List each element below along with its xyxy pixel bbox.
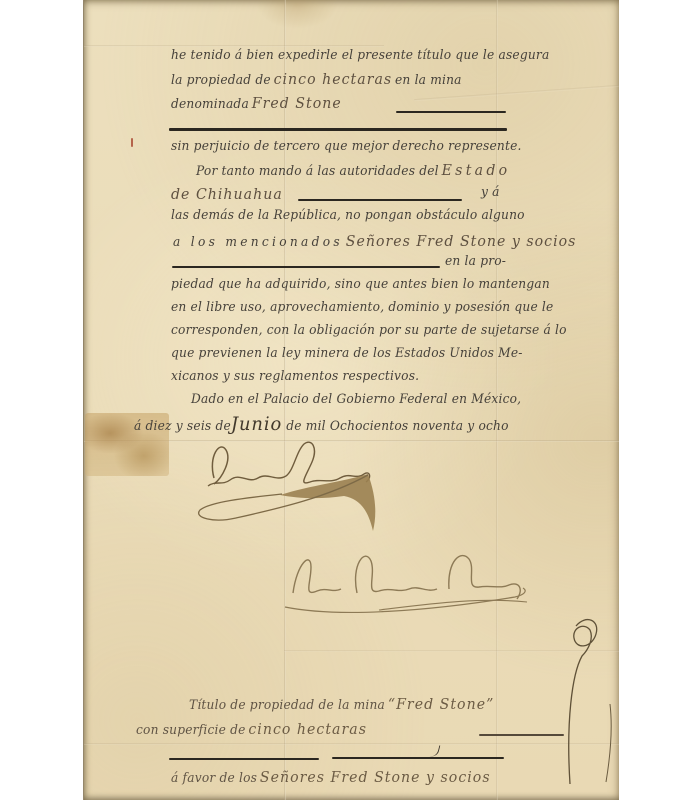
footer-mine-name: “Fred Stone” xyxy=(385,695,497,713)
footer-area: cinco hectaras xyxy=(246,720,370,738)
president-signature xyxy=(184,438,474,538)
body-line-13: que previenen la ley minera de los Estad… xyxy=(171,346,523,361)
body-line-11: en el libre uso, aprovechamiento, domini… xyxy=(171,300,553,315)
body-line-16-pre: á diez y seis de xyxy=(134,419,231,434)
top-edge-stain xyxy=(252,0,342,46)
horizontal-crease-top xyxy=(84,45,384,47)
body-line-2: la propiedad decinco hectarasen la mina xyxy=(171,70,462,88)
footer-grantees: Señores Fred Stone y socios xyxy=(257,768,493,786)
body-line-5-pre: Por tanto mando á las autoridades del xyxy=(196,164,439,179)
ruled-blank-line xyxy=(169,758,319,760)
ruled-blank-line xyxy=(169,128,507,131)
filled-in-area: cinco hectaras xyxy=(271,70,395,88)
body-line-3: denominadaFred Stone xyxy=(171,94,345,112)
paraph-flourish xyxy=(546,612,619,792)
body-line-3-pre: denominada xyxy=(171,97,249,112)
body-line-4: sin perjuicio de tercero que mejor derec… xyxy=(171,139,522,154)
body-line-14: xicanos y sus reglamentos respectivos. xyxy=(171,369,419,384)
footer-line-2-pre: con superficie de xyxy=(136,723,246,738)
body-line-8-pre: a los mencionados xyxy=(173,235,343,250)
filled-in-month: Junio xyxy=(231,413,282,435)
body-line-2-pre: la propiedad de xyxy=(171,73,271,88)
ruled-blank-line xyxy=(332,757,504,759)
filled-in-mine-name: Fred Stone xyxy=(249,94,345,112)
footer-line-3: á favor de losSeñores Fred Stone y socio… xyxy=(171,768,493,786)
body-line-9-post: en la pro- xyxy=(445,254,506,269)
scanned-document-page: { "palette": { "paper": "#ecdfbd", "ink"… xyxy=(0,0,700,800)
body-line-5: Por tanto mando á las autoridades delEst… xyxy=(196,161,513,179)
ruled-blank-line xyxy=(172,266,440,268)
ruled-dash xyxy=(479,734,564,736)
footer-line-1: Título de propiedad de la mina“Fred Ston… xyxy=(189,695,497,713)
body-line-7: las demás de la República, no pongan obs… xyxy=(171,208,525,223)
ruled-blank-line xyxy=(298,199,462,201)
body-line-6-post: y á xyxy=(481,185,500,200)
body-line-2-post: en la mina xyxy=(395,73,462,88)
body-line-8: a los mencionadosSeñores Fred Stone y so… xyxy=(173,232,579,250)
secretary-signature xyxy=(279,545,534,620)
ruled-blank-line xyxy=(396,111,506,113)
body-line-12: corresponden, con la obligación por su p… xyxy=(171,323,567,338)
footer-line-1-pre: Título de propiedad de la mina xyxy=(189,698,385,713)
pen-hook-mark xyxy=(427,743,441,758)
paper-sheet: he tenido á bien expedirle el presente t… xyxy=(83,0,619,800)
filled-in-grantees: Señores Fred Stone y socios xyxy=(343,232,579,250)
footer-line-3-pre: á favor de los xyxy=(171,771,257,786)
body-line-6: de Chihuahua xyxy=(171,185,286,203)
body-line-10: piedad que ha adquirido, sino que antes … xyxy=(171,277,550,292)
body-line-16: á diez y seis deJunio de mil Ochocientos… xyxy=(134,413,509,435)
filled-in-state-name: de Chihuahua xyxy=(171,185,286,203)
body-line-16-post: de mil Ochocientos noventa y ocho xyxy=(286,419,508,434)
red-ink-speck xyxy=(131,138,133,147)
body-line-1: he tenido á bien expedirle el presente t… xyxy=(171,48,549,63)
filled-in-state-word: Estado xyxy=(439,161,514,179)
horizontal-crease-bottom xyxy=(84,743,619,745)
footer-line-2: con superficie decinco hectaras xyxy=(136,720,370,738)
body-line-15: Dado en el Palacio del Gobierno Federal … xyxy=(191,392,521,407)
